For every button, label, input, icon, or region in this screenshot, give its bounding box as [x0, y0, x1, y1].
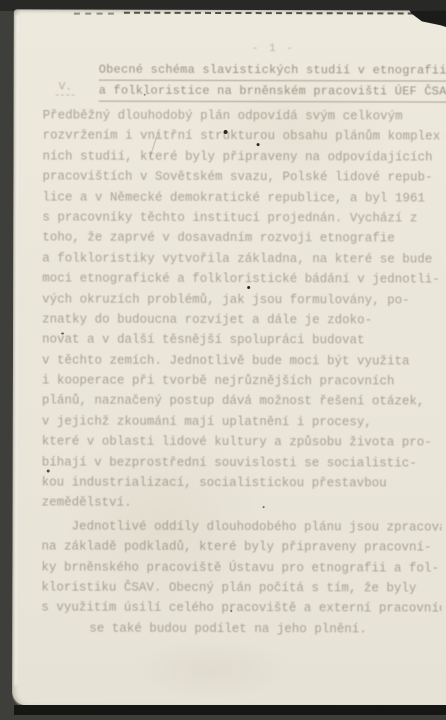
torn-edge-marks-left	[74, 13, 114, 15]
text-line: a folkloristiky vytvořila základna, na k…	[42, 248, 442, 269]
text-line: znatky do budoucna rozvíjet a dále je zd…	[42, 309, 442, 330]
text-line: s využitím úsilí celého pracoviště a ext…	[41, 598, 441, 619]
text-line: lice a v Německé demokratické republice,…	[42, 187, 442, 208]
text-line: v jejichž zkoumání mají uplatnění i proc…	[42, 411, 442, 432]
text-line: které v oblasti lidové kultury a způsobu…	[42, 432, 442, 453]
text-line: rozvržením i vnitřní strukturou obsahu p…	[43, 126, 443, 147]
body-paragraph-2: Jednotlivé oddíly dlouhodobého plánu jso…	[41, 516, 441, 639]
ink-speck	[247, 286, 250, 289]
ink-speck	[47, 470, 50, 473]
text-line: se také budou podílet na jeho plnění.	[41, 618, 441, 639]
page-number: - 1 -	[252, 43, 295, 55]
mat-bottom-band	[14, 705, 446, 715]
paper-left-edge-highlight	[14, 15, 19, 685]
text-line: Předběžný dlouhodobý plán odpovídá svým …	[43, 106, 443, 127]
title-line-2: a folkloristice na brněnském pracovišti …	[99, 83, 446, 103]
text-line: kou industrializací, socialistickou přes…	[42, 473, 442, 494]
title-line-1: Obecné schéma slavistických studií v etn…	[99, 62, 446, 82]
ink-speck	[263, 506, 265, 508]
text-line: toho, že zaprvé v dosavadním rozvoji etn…	[42, 228, 442, 249]
text-line: s pracovníky těchto institucí projednán.…	[42, 207, 442, 228]
paper-stain	[132, 640, 292, 700]
text-line: zemědělství.	[42, 493, 442, 514]
typewritten-body: Předběžný dlouhodobý plán odpovídá svým …	[41, 106, 442, 640]
text-line: i kooperace při tvorbě nejrůznějších pra…	[42, 371, 442, 392]
text-line: na základě podkladů, které byly připrave…	[41, 537, 441, 558]
scanned-page: - 1 - V. Obecné schéma slavistických stu…	[12, 9, 446, 706]
ink-speck	[230, 610, 232, 612]
text-line: Jednotlivé oddíly dlouhodobého plánu jso…	[42, 516, 442, 537]
document-title: Obecné schéma slavistických studií v etn…	[99, 62, 444, 105]
text-line: vých okruzích problémů, jak jsou formulo…	[42, 289, 442, 310]
text-line: bíhají v bezprostřední souvislosti se so…	[42, 452, 442, 473]
text-line: plánů, naznačený postup dává možnost řeš…	[42, 391, 442, 412]
ink-speck	[224, 130, 228, 134]
text-line: novat a v další těsnější spolupráci budo…	[42, 330, 442, 351]
body-paragraph-1: Předběžný dlouhodobý plán odpovídá svým …	[42, 106, 443, 515]
text-line: ních studií, které byly připraveny na od…	[43, 146, 443, 167]
ink-speck	[61, 333, 64, 335]
ink-speck	[257, 143, 260, 146]
ink-speck	[144, 94, 146, 96]
text-line: ky brněnského pracoviště Ústavu pro etno…	[41, 557, 441, 578]
text-line: v těchto zemích. Jednotlivě bude moci bý…	[42, 350, 442, 371]
torn-edge-marks	[124, 12, 424, 15]
text-line: pracovištích v Sovětském svazu, Polské l…	[42, 167, 442, 188]
text-line: moci etnografické a folkloristické bádán…	[42, 269, 442, 290]
margin-annotation: V.	[56, 82, 75, 96]
text-line: kloristiku ČSAV. Obecný plán počítá s tí…	[41, 577, 441, 598]
